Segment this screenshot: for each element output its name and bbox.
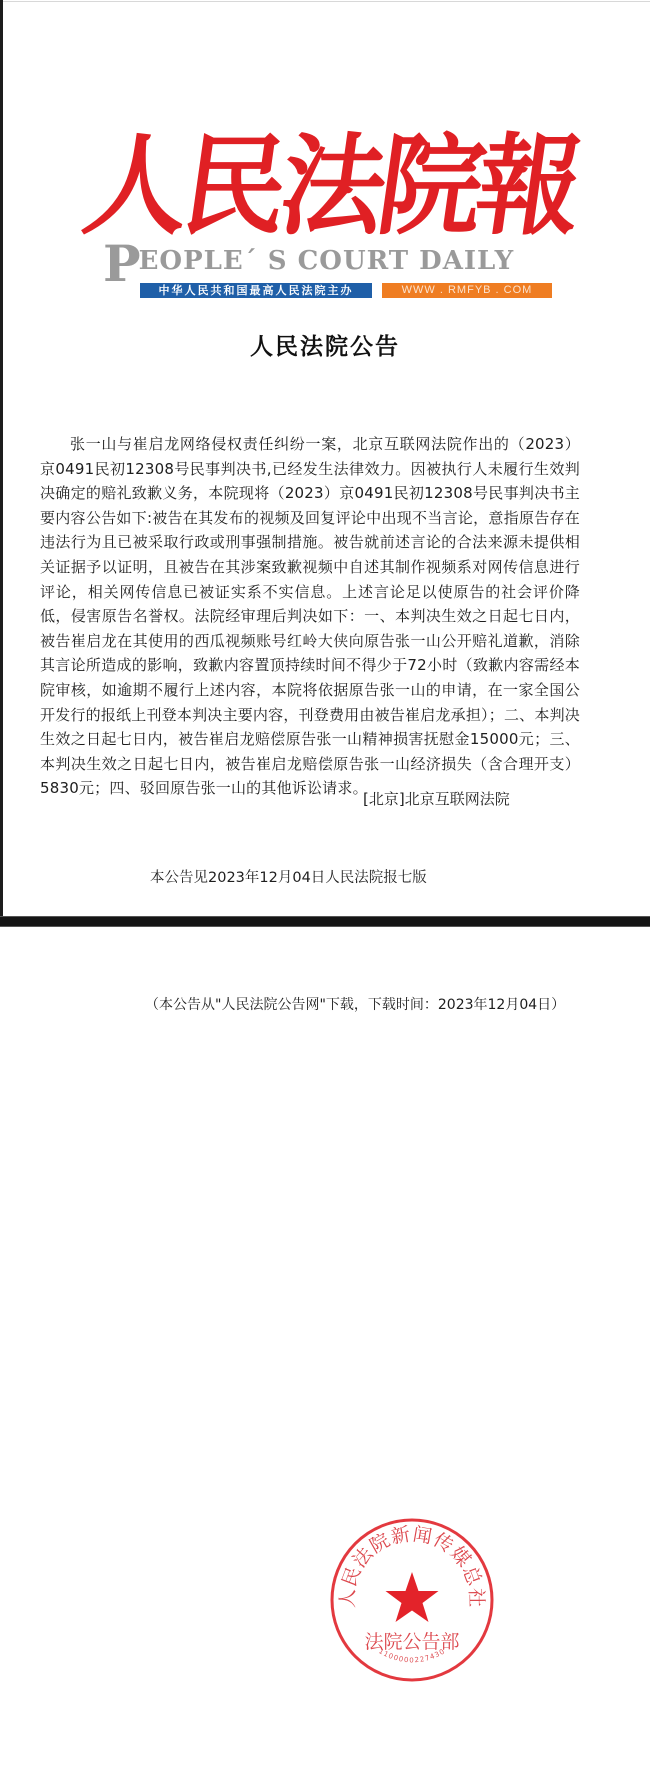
official-seal: 人民法院新闻传媒总社 法院公告部 1100000227430 (328, 1516, 496, 1684)
masthead-en-initial: P (103, 244, 141, 284)
masthead-title-cn: 人民法院報 (76, 118, 560, 255)
newspaper-masthead: 人民法院報 PEOPLE´ S COURT DAILY 中华人民共和国最高人民法… (95, 118, 560, 303)
masthead-title-en: PEOPLE´ S COURT DAILY (103, 246, 514, 286)
notice-title: 人民法院公告 (0, 330, 650, 364)
masthead-en-rest: EOPLE´ S COURT DAILY (139, 246, 515, 276)
seal-star-icon (386, 1572, 439, 1622)
seal-stamp-icon: 人民法院新闻传媒总社 法院公告部 1100000227430 (328, 1516, 496, 1684)
court-signature: [北京]北京互联网法院 (363, 787, 510, 811)
publication-info: 本公告见2023年12月04日人民法院报七版 (150, 866, 427, 890)
masthead-sponsor-bar: 中华人民共和国最高人民法院主办 (140, 283, 372, 298)
seal-center-text: 法院公告部 (364, 1631, 459, 1653)
masthead-website-bar: WWW . RMFYB . COM (382, 283, 552, 298)
notice-body: 张一山与崔启龙网络侵权责任纠纷一案，北京互联网法院作出的（2023）京0491民… (40, 432, 580, 801)
download-note: （本公告从"人民法院公告网"下载，下载时间：2023年12月04日） (145, 993, 565, 1017)
top-edge-line (3, 1, 650, 2)
left-page-border (0, 0, 3, 926)
page-break-bar (0, 916, 650, 927)
